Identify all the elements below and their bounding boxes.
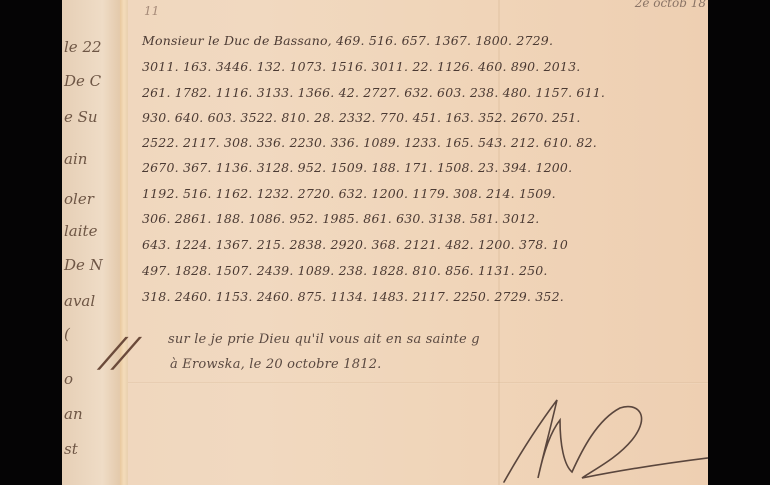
left-fragment: laite: [64, 222, 97, 240]
top-date: 2e octob 18: [635, 0, 706, 10]
left-fragment: o: [64, 370, 73, 388]
cipher-line: 261. 1782. 1116. 3133. 1366. 42. 2727. 6…: [142, 85, 605, 100]
cipher-line: Monsieur le Duc de Bassano, 469. 516. 65…: [142, 33, 553, 48]
cipher-line: 643. 1224. 1367. 215. 2838. 2920. 368. 2…: [142, 237, 568, 252]
cipher-line: 2522. 2117. 308. 336. 2230. 336. 1089. 1…: [142, 135, 597, 150]
left-fragment: e Su: [64, 108, 98, 126]
closing-line: sur le je prie Dieu qu'il vous ait en sa…: [168, 332, 480, 347]
left-fragment: (: [64, 325, 70, 343]
horizontal-fold: [128, 382, 708, 384]
left-page: le 22 De C e Su ain oler laite De N aval…: [62, 0, 121, 485]
cipher-line: 2670. 367. 1136. 3128. 952. 1509. 188. 1…: [142, 160, 572, 175]
closing-date-line: à Erowska, le 20 octobre 1812.: [170, 357, 382, 372]
cipher-line: 497. 1828. 1507. 2439. 1089. 238. 1828. …: [142, 263, 548, 278]
cipher-line: 318. 2460. 1153. 2460. 875. 1134. 1483. …: [142, 289, 564, 304]
left-fragment: st: [64, 440, 78, 458]
letter-photograph: le 22 De C e Su ain oler laite De N aval…: [62, 0, 708, 485]
top-left-mark: 11: [144, 4, 159, 18]
cipher-line: 1192. 516. 1162. 1232. 2720. 632. 1200. …: [142, 186, 556, 201]
cipher-line: 930. 640. 603. 3522. 810. 28. 2332. 770.…: [142, 110, 581, 125]
page-fold: [120, 0, 128, 485]
left-fragment: le 22: [64, 38, 102, 56]
left-fragment: De C: [64, 72, 101, 90]
left-fragment: aval: [64, 292, 95, 310]
left-fragment: ain: [64, 150, 87, 168]
signature-icon: [502, 390, 708, 485]
left-fragment: oler: [64, 190, 94, 208]
left-fragment: De N: [64, 256, 103, 274]
left-fragment: an: [64, 405, 83, 423]
cipher-line: 3011. 163. 3446. 132. 1073. 1516. 3011. …: [142, 59, 580, 74]
main-page: 11 2e octob 18 Monsieur le Duc de Bassan…: [128, 0, 708, 485]
cipher-line: 306. 2861. 188. 1086. 952. 1985. 861. 63…: [142, 211, 539, 226]
